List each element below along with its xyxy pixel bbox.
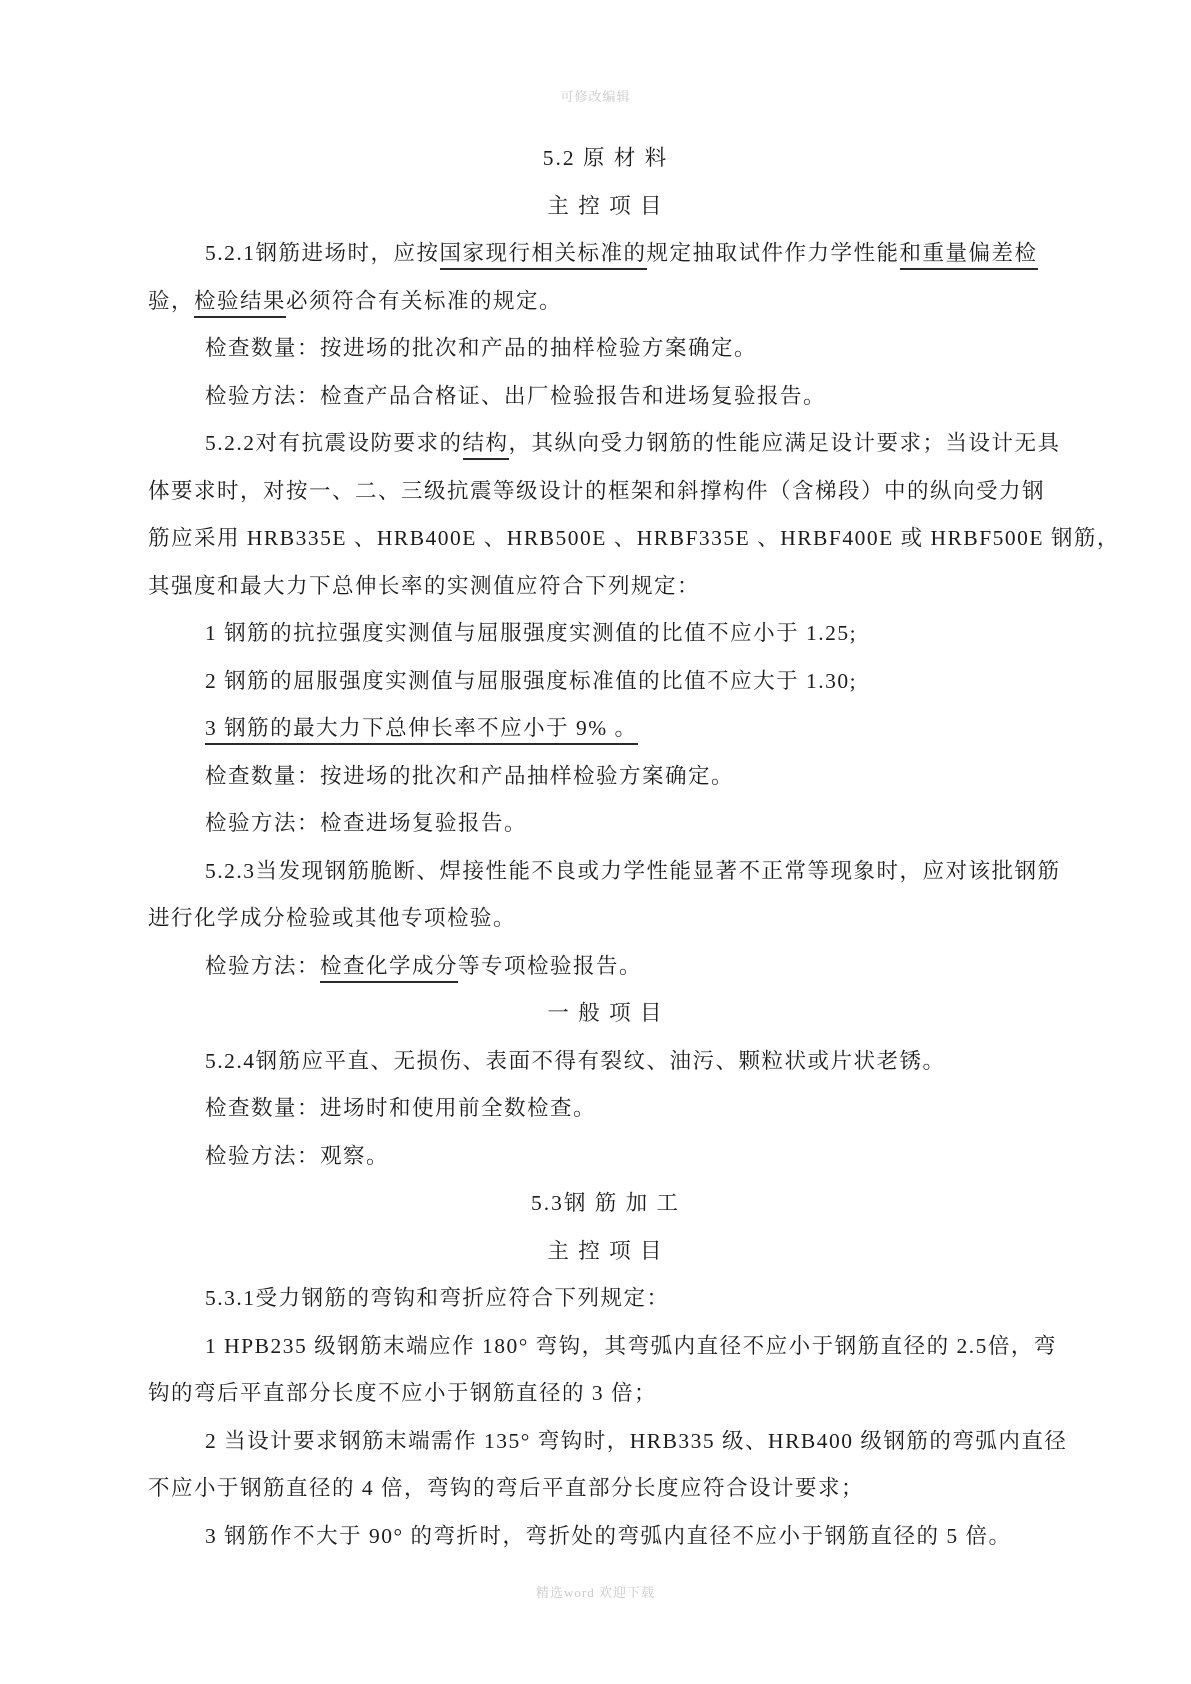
text-line: 进行化学成分检验或其他专项检验。 <box>148 895 1063 943</box>
text-run: 5.3钢 筋 加 工 <box>531 1191 680 1215</box>
underlined-text-run: 结构 <box>463 431 509 460</box>
text-run: 检验方法： <box>205 954 320 978</box>
text-run: 5.2 原 材 料 <box>543 146 669 170</box>
text-run: 等专项检验报告。 <box>458 954 642 978</box>
underlined-text-run: 3 钢筋的最大力下总伸长率不应小于 9% 。 <box>205 716 638 745</box>
text-run: 验， <box>148 289 194 313</box>
text-run: 检验方法：检查进场复验报告。 <box>205 811 527 835</box>
text-line: 检验方法：检查化学成分等专项检验报告。 <box>148 943 1063 991</box>
document-page: 可修改编辑 5.2 原 材 料主 控 项 目5.2.1钢筋进场时，应按国家现行相… <box>0 0 1191 1684</box>
text-line: 1 钢筋的抗拉强度实测值与屈服强度实测值的比值不应小于 1.25; <box>148 610 1063 658</box>
text-run: 主 控 项 目 <box>547 1239 663 1263</box>
text-line: 钩的弯后平直部分长度不应小于钢筋直径的 3 倍； <box>148 1370 1063 1418</box>
text-line: 检查数量：进场时和使用前全数检查。 <box>148 1085 1063 1133</box>
text-run: 体要求时，对按一、二、三级抗震等级设计的框架和斜撑构件（含梯段）中的纵向受力钢 <box>148 479 1045 503</box>
text-run: 规定抽取试件作力学性能 <box>647 241 900 265</box>
text-run: 筋应采用 HRB335E 、HRB400E 、HRB500E 、HRBF335E… <box>148 526 1120 550</box>
underlined-text-run: 检验结果 <box>194 289 286 318</box>
text-run: 检查数量：进场时和使用前全数检查。 <box>205 1096 596 1120</box>
text-line: 2 当设计要求钢筋末端需作 135° 弯钩时，HRB335 级、HRB400 级… <box>148 1418 1063 1466</box>
document-lines: 5.2 原 材 料主 控 项 目5.2.1钢筋进场时，应按国家现行相关标准的规定… <box>148 135 1063 1560</box>
text-run: 3 钢筋作不大于 90° 的弯折时，弯折处的弯弧内直径不应小于钢筋直径的 5 倍… <box>205 1524 1011 1548</box>
section-heading: 一 般 项 目 <box>148 990 1063 1038</box>
text-run: 1 钢筋的抗拉强度实测值与屈服强度实测值的比值不应小于 1.25; <box>205 621 857 645</box>
text-line: 其强度和最大力下总伸长率的实测值应符合下列规定： <box>148 563 1063 611</box>
text-run: 主 控 项 目 <box>547 194 663 218</box>
text-line: 检查数量：按进场的批次和产品的抽样检验方案确定。 <box>148 325 1063 373</box>
text-run: 5.2.3当发现钢筋脆断、焊接性能不良或力学性能显著不正常等现象时，应对该批钢筋 <box>205 859 1061 883</box>
text-run: 5.2.2对有抗震设防要求的 <box>205 431 463 455</box>
top-watermark: 可修改编辑 <box>0 86 1191 105</box>
text-line: 筋应采用 HRB335E 、HRB400E 、HRB500E 、HRBF335E… <box>148 515 1063 563</box>
text-line: 5.2.4钢筋应平直、无损伤、表面不得有裂纹、油污、颗粒状或片状老锈。 <box>148 1038 1063 1086</box>
text-line: 2 钢筋的屈服强度实测值与屈服强度标准值的比值不应大于 1.30; <box>148 658 1063 706</box>
text-run: 其强度和最大力下总伸长率的实测值应符合下列规定： <box>148 574 700 598</box>
underlined-text-run: 和重量偏差检 <box>900 241 1038 270</box>
text-run: 必须符合有关标准的规定。 <box>286 289 562 313</box>
text-line: 3 钢筋的最大力下总伸长率不应小于 9% 。 <box>148 705 1063 753</box>
text-run: 检验方法：观察。 <box>205 1144 389 1168</box>
text-line: 验，检验结果必须符合有关标准的规定。 <box>148 278 1063 326</box>
text-run: 一 般 项 目 <box>547 1001 663 1025</box>
text-run: 2 钢筋的屈服强度实测值与屈服强度标准值的比值不应大于 1.30; <box>205 669 857 693</box>
text-run: 进行化学成分检验或其他专项检验。 <box>148 906 516 930</box>
text-line: 1 HPB235 级钢筋末端应作 180° 弯钩，其弯弧内直径不应小于钢筋直径的… <box>148 1323 1063 1371</box>
text-line: 5.2.3当发现钢筋脆断、焊接性能不良或力学性能显著不正常等现象时，应对该批钢筋 <box>148 848 1063 896</box>
text-line: 体要求时，对按一、二、三级抗震等级设计的框架和斜撑构件（含梯段）中的纵向受力钢 <box>148 468 1063 516</box>
section-heading: 5.2 原 材 料 <box>148 135 1063 183</box>
text-line: 5.2.1钢筋进场时，应按国家现行相关标准的规定抽取试件作力学性能和重量偏差检 <box>148 230 1063 278</box>
text-run: 钩的弯后平直部分长度不应小于钢筋直径的 3 倍； <box>148 1381 657 1405</box>
bottom-watermark: 精选word 欢迎下载 <box>0 1582 1191 1601</box>
text-run: 检查数量：按进场的批次和产品的抽样检验方案确定。 <box>205 336 757 360</box>
text-run: 5.3.1受力钢筋的弯钩和弯折应符合下列规定： <box>205 1286 670 1310</box>
text-line: 不应小于钢筋直径的 4 倍，弯钩的弯后平直部分长度应符合设计要求； <box>148 1465 1063 1513</box>
text-run: 检验方法：检查产品合格证、出厂检验报告和进场复验报告。 <box>205 384 826 408</box>
section-heading: 主 控 项 目 <box>148 1228 1063 1276</box>
text-run: 不应小于钢筋直径的 4 倍，弯钩的弯后平直部分长度应符合设计要求； <box>148 1476 864 1500</box>
section-heading: 5.3钢 筋 加 工 <box>148 1180 1063 1228</box>
text-run: 2 当设计要求钢筋末端需作 135° 弯钩时，HRB335 级、HRB400 级… <box>205 1429 1067 1453</box>
text-line: 5.2.2对有抗震设防要求的结构，其纵向受力钢筋的性能应满足设计要求；当设计无具 <box>148 420 1063 468</box>
text-line: 3 钢筋作不大于 90° 的弯折时，弯折处的弯弧内直径不应小于钢筋直径的 5 倍… <box>148 1513 1063 1561</box>
text-run: 检查数量：按进场的批次和产品抽样检验方案确定。 <box>205 764 734 788</box>
underlined-text-run: 国家现行相关标准的 <box>440 241 647 270</box>
text-run: 5.2.1钢筋进场时，应按 <box>205 241 440 265</box>
text-line: 检验方法：检查产品合格证、出厂检验报告和进场复验报告。 <box>148 373 1063 421</box>
underlined-text-run: 检查化学成分 <box>320 954 458 983</box>
text-run: 5.2.4钢筋应平直、无损伤、表面不得有裂纹、油污、颗粒状或片状老锈。 <box>205 1049 946 1073</box>
text-run: 1 HPB235 级钢筋末端应作 180° 弯钩，其弯弧内直径不应小于钢筋直径的… <box>205 1334 1057 1358</box>
text-line: 5.3.1受力钢筋的弯钩和弯折应符合下列规定： <box>148 1275 1063 1323</box>
text-line: 检验方法：检查进场复验报告。 <box>148 800 1063 848</box>
text-run: ，其纵向受力钢筋的性能应满足设计要求；当设计无具 <box>509 431 1061 455</box>
section-heading: 主 控 项 目 <box>148 183 1063 231</box>
text-line: 检验方法：观察。 <box>148 1133 1063 1181</box>
text-line: 检查数量：按进场的批次和产品抽样检验方案确定。 <box>148 753 1063 801</box>
